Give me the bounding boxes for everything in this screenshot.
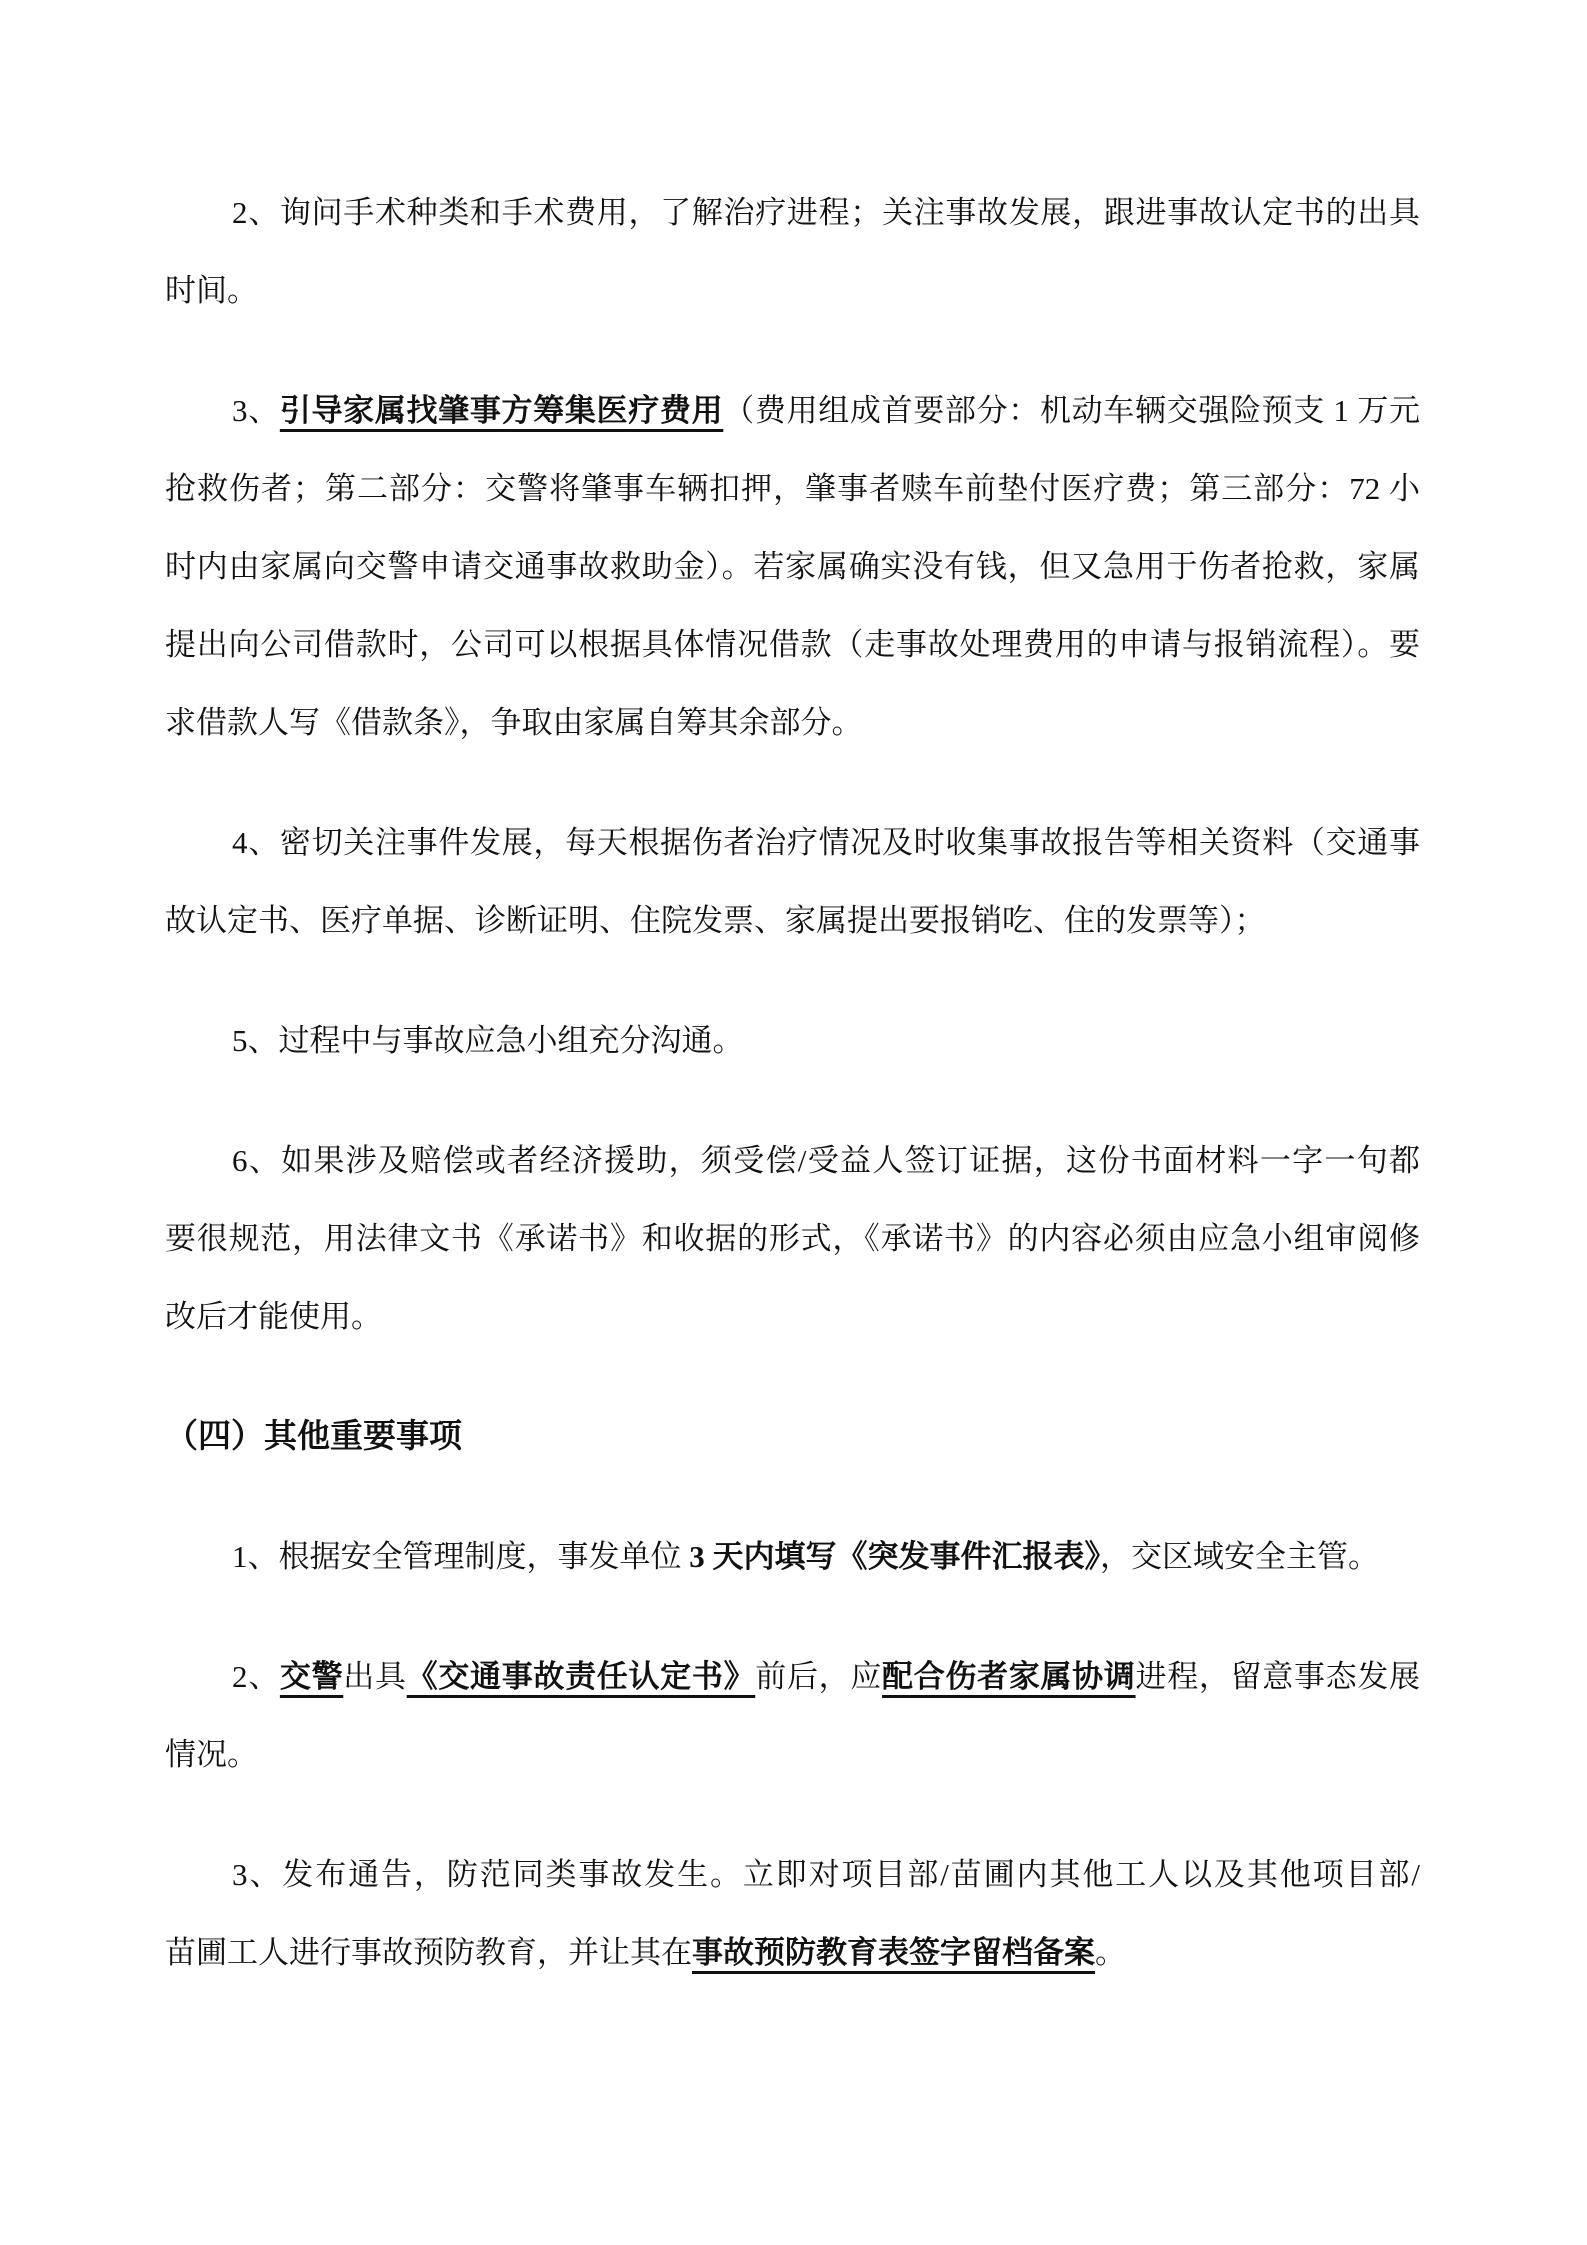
text-run: 4、密切关注事件发展，每天根据伤者治疗情况及时收集事故报告等相关资料（交通事 (232, 825, 1420, 860)
text-run: （费用组成首要部分：机动车辆交强险预支 1 万元 (723, 393, 1420, 428)
text-run: 提出向公司借款时，公司可以根据具体情况借款（走事故处理费用的申请与报销流程）。要 (165, 627, 1420, 662)
text-run: ，交区域安全主管。 (1100, 1539, 1379, 1574)
text-line: 改后才能使用。 (165, 1278, 1420, 1356)
document-body: 2、询问手术种类和手术费用，了解治疗进程；关注事故发展，跟进事故认定书的出具时间… (165, 174, 1420, 2034)
text-run: 情况。 (165, 1737, 258, 1772)
text-run: 3、 (232, 393, 280, 428)
text-line: 3、发布通告，防范同类事故发生。立即对项目部/苗圃内其他工人以及其他项目部/ (165, 1836, 1420, 1914)
para-accident-liability-letter: 2、交警出具《交通事故责任认定书》前后，应配合伤者家属协调进程，留意事态发展情况… (165, 1638, 1420, 1794)
text-run: 1、根据安全管理制度，事发单位 (232, 1539, 689, 1574)
text-run: 3 天内填写《突发事件汇报表》 (689, 1539, 1100, 1574)
text-run: 2、询问手术种类和手术费用，了解治疗进程；关注事故发展，跟进事故认定书的出具 (232, 195, 1420, 230)
para-compensation-evidence: 6、如果涉及赔偿或者经济援助，须受偿/受益人签订证据，这份书面材料一字一句都要很… (165, 1122, 1420, 1356)
text-run: 时间。 (165, 273, 258, 308)
text-run: 进程，留意事态发展 (1136, 1659, 1420, 1694)
document-page: 2、询问手术种类和手术费用，了解治疗进程；关注事故发展，跟进事故认定书的出具时间… (0, 0, 1587, 2245)
text-run: 苗圃工人进行事故预防教育，并让其在 (165, 1935, 692, 1970)
text-line: 2、询问手术种类和手术费用，了解治疗进程；关注事故发展，跟进事故认定书的出具 (165, 174, 1420, 252)
text-run: 《交通事故责任认定书》 (407, 1659, 756, 1694)
text-line: 故认定书、医疗单据、诊断证明、住院发票、家属提出要报销吃、住的发票等）； (165, 882, 1420, 960)
text-run: 5、过程中与事故应急小组充分沟通。 (232, 1023, 744, 1058)
para-collect-documents: 4、密切关注事件发展，每天根据伤者治疗情况及时收集事故报告等相关资料（交通事故认… (165, 804, 1420, 960)
text-line: 时内由家属向交警申请交通事故救助金）。若家属确实没有钱，但又急用于伤者抢救，家属 (165, 528, 1420, 606)
text-run: 故认定书、医疗单据、诊断证明、住院发票、家属提出要报销吃、住的发票等）； (165, 903, 1266, 938)
text-line: 1、根据安全管理制度，事发单位 3 天内填写《突发事件汇报表》，交区域安全主管。 (165, 1518, 1420, 1596)
para-medical-funding: 3、引导家属找肇事方筹集医疗费用（费用组成首要部分：机动车辆交强险预支 1 万元… (165, 372, 1420, 762)
text-line: 4、密切关注事件发展，每天根据伤者治疗情况及时收集事故报告等相关资料（交通事 (165, 804, 1420, 882)
text-run: 抢救伤者；第二部分：交警将肇事车辆扣押，肇事者赎车前垫付医疗费；第三部分：72 … (165, 471, 1420, 506)
text-line: 情况。 (165, 1716, 1420, 1794)
heading-other-important-matters: （四）其他重要事项 (165, 1398, 1420, 1476)
text-line: 时间。 (165, 252, 1420, 330)
text-line: 苗圃工人进行事故预防教育，并让其在事故预防教育表签字留档备案。 (165, 1914, 1420, 1992)
text-run: 3、发布通告，防范同类事故发生。立即对项目部/苗圃内其他工人以及其他项目部/ (232, 1857, 1420, 1892)
text-run: 前后，应 (755, 1659, 882, 1694)
text-run: 时内由家属向交警申请交通事故救助金）。若家属确实没有钱，但又急用于伤者抢救，家属 (165, 549, 1420, 584)
text-line: （四）其他重要事项 (165, 1398, 1420, 1476)
text-run: 求借款人写《借款条》，争取由家属自筹其余部分。 (165, 705, 863, 740)
text-run: 2、 (232, 1659, 280, 1694)
text-run: 出具 (343, 1659, 406, 1694)
text-line: 求借款人写《借款条》，争取由家属自筹其余部分。 (165, 684, 1420, 762)
text-run: 引导家属找肇事方筹集医疗费用 (280, 393, 723, 428)
text-line: 抢救伤者；第二部分：交警将肇事车辆扣押，肇事者赎车前垫付医疗费；第三部分：72 … (165, 450, 1420, 528)
text-run: 配合伤者家属协调 (882, 1659, 1136, 1694)
text-run: （四）其他重要事项 (165, 1419, 462, 1455)
text-run: 改后才能使用。 (165, 1299, 382, 1334)
text-line: 提出向公司借款时，公司可以根据具体情况借款（走事故处理费用的申请与报销流程）。要 (165, 606, 1420, 684)
text-run: 。 (1095, 1935, 1126, 1970)
text-line: 要很规范，用法律文书《承诺书》和收据的形式，《承诺书》的内容必须由应急小组审阅修 (165, 1200, 1420, 1278)
para-incident-report-form: 1、根据安全管理制度，事发单位 3 天内填写《突发事件汇报表》，交区域安全主管。 (165, 1518, 1420, 1596)
para-accident-prevention-education: 3、发布通告，防范同类事故发生。立即对项目部/苗圃内其他工人以及其他项目部/苗圃… (165, 1836, 1420, 1992)
text-line: 3、引导家属找肇事方筹集医疗费用（费用组成首要部分：机动车辆交强险预支 1 万元 (165, 372, 1420, 450)
para-emergency-team-communication: 5、过程中与事故应急小组充分沟通。 (165, 1002, 1420, 1080)
text-run: 事故预防教育表签字留档备案 (692, 1935, 1095, 1970)
text-line: 6、如果涉及赔偿或者经济援助，须受偿/受益人签订证据，这份书面材料一字一句都 (165, 1122, 1420, 1200)
text-run: 6、如果涉及赔偿或者经济援助，须受偿/受益人签订证据，这份书面材料一字一句都 (232, 1143, 1420, 1178)
text-line: 5、过程中与事故应急小组充分沟通。 (165, 1002, 1420, 1080)
para-surgery-inquiry: 2、询问手术种类和手术费用，了解治疗进程；关注事故发展，跟进事故认定书的出具时间… (165, 174, 1420, 330)
text-run: 交警 (280, 1659, 343, 1694)
text-run: 要很规范，用法律文书《承诺书》和收据的形式，《承诺书》的内容必须由应急小组审阅修 (165, 1221, 1420, 1256)
text-line: 2、交警出具《交通事故责任认定书》前后，应配合伤者家属协调进程，留意事态发展 (165, 1638, 1420, 1716)
